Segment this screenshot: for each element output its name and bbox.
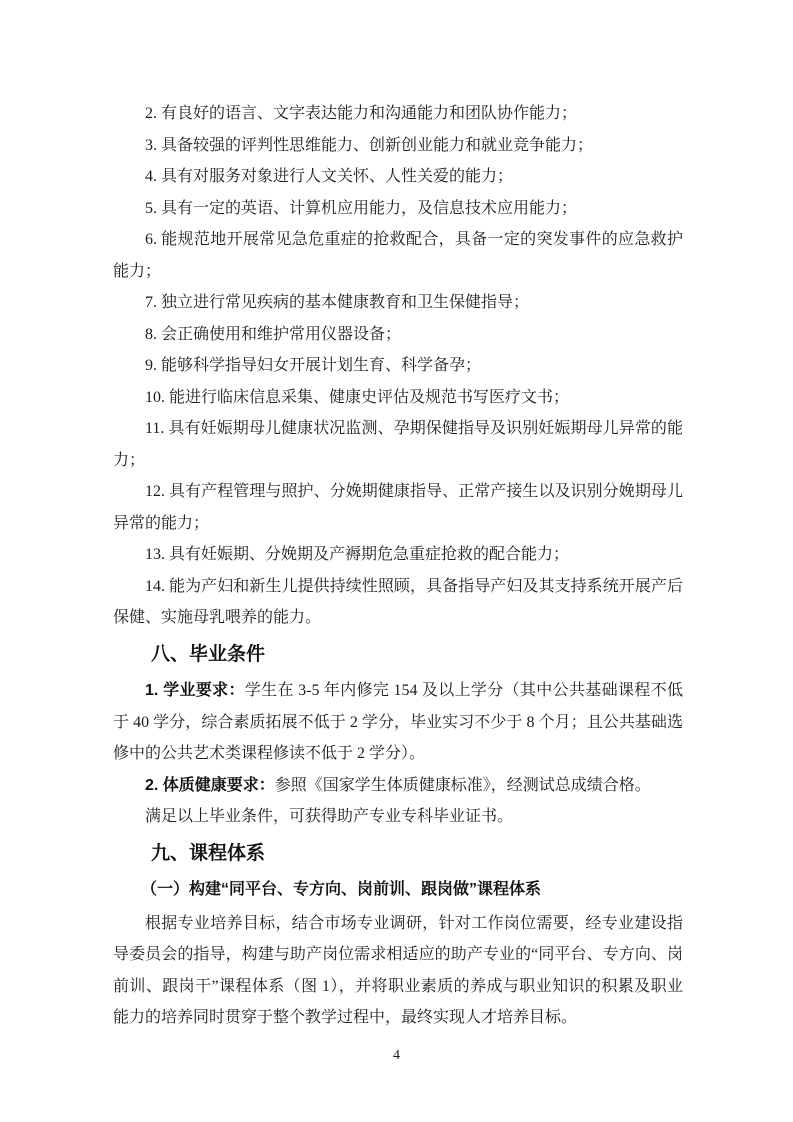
ability-item: 11. 具有妊娠期母儿健康状况监测、孕期保健指导及识别妊娠期母儿异常的能力； <box>113 413 683 476</box>
page-number: 4 <box>0 1046 793 1066</box>
document-content: 2. 有良好的语言、文字表达能力和沟通能力和团队协作能力； 3. 具备较强的评判… <box>113 98 683 1034</box>
ability-item: 13. 具有妊娠期、分娩期及产褥期危急重症抢救的配合能力； <box>113 539 683 571</box>
ability-item: 3. 具备较强的评判性思维能力、创新创业能力和就业竞争能力； <box>113 130 683 162</box>
graduation-closing-paragraph: 满足以上毕业条件，可获得助产专业专科毕业证书。 <box>113 801 683 833</box>
section-heading-curriculum-system: 九、课程体系 <box>113 838 683 870</box>
curriculum-description-paragraph: 根据专业培养目标，结合市场专业调研，针对工作岗位需要，经专业建设指导委员会的指导… <box>113 908 683 1034</box>
section-heading-graduation-requirements: 八、毕业条件 <box>113 639 683 671</box>
academic-requirement-label: 1. 学业要求： <box>145 682 245 699</box>
ability-item: 2. 有良好的语言、文字表达能力和沟通能力和团队协作能力； <box>113 98 683 130</box>
ability-item: 6. 能规范地开展常见急危重症的抢救配合，具备一定的突发事件的应急救护能力； <box>113 224 683 287</box>
ability-item: 7. 独立进行常见疾病的基本健康教育和卫生保健指导； <box>113 287 683 319</box>
fitness-requirement-label: 2. 体质健康要求： <box>145 777 275 794</box>
ability-item: 8. 会正确使用和维护常用仪器设备； <box>113 319 683 351</box>
ability-item: 9. 能够科学指导妇女开展计划生育、科学备孕； <box>113 350 683 382</box>
ability-item: 4. 具有对服务对象进行人文关怀、人性关爱的能力； <box>113 161 683 193</box>
ability-item: 12. 具有产程管理与照护、分娩期健康指导、正常产接生以及识别分娩期母儿异常的能… <box>113 476 683 539</box>
ability-item: 14. 能为产妇和新生儿提供持续性照顾，具备指导产妇及其支持系统开展产后保健、实… <box>113 571 683 634</box>
fitness-requirement-text: 参照《国家学生体质健康标准》，经测试总成绩合格。 <box>275 777 651 794</box>
fitness-requirement-paragraph: 2. 体质健康要求：参照《国家学生体质健康标准》，经测试总成绩合格。 <box>113 770 683 802</box>
document-page: 2. 有良好的语言、文字表达能力和沟通能力和团队协作能力； 3. 具备较强的评判… <box>0 0 793 1122</box>
ability-item: 5. 具有一定的英语、计算机应用能力，及信息技术应用能力； <box>113 193 683 225</box>
academic-requirement-paragraph: 1. 学业要求：学生在 3-5 年内修完 154 及以上学分（其中公共基础课程不… <box>113 675 683 770</box>
subsection-heading-curriculum-construction: （一）构建“同平台、专方向、岗前训、跟岗做”课程体系 <box>113 874 683 906</box>
ability-item: 10. 能进行临床信息采集、健康史评估及规范书写医疗文书； <box>113 382 683 414</box>
